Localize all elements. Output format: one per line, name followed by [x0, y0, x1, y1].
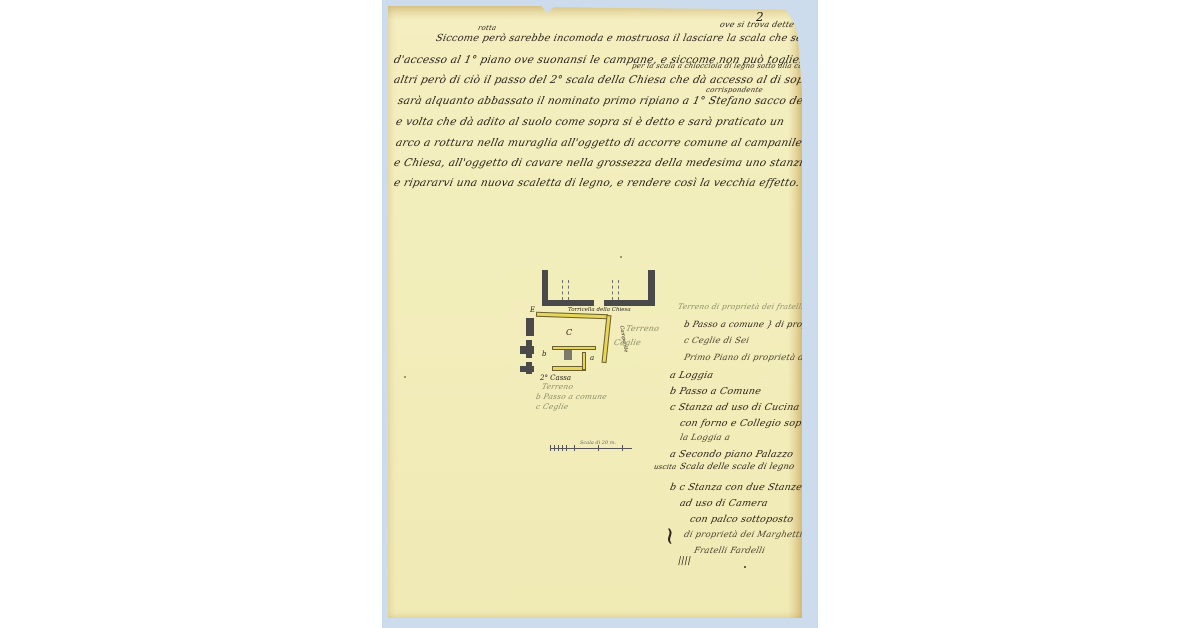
body-line: altri però di ciò il passo del 2° scala … — [393, 74, 817, 86]
plan-room-wall — [602, 315, 612, 363]
room-b-label: b — [542, 350, 546, 358]
body-line: e ripararvi una nuova scaletta di legno,… — [393, 177, 801, 189]
legend-item: con palco sottoposto — [689, 514, 795, 525]
floor-plan: Torricella della Chiesa C b a E Campanil… — [516, 270, 666, 410]
plan-room-wall — [552, 366, 586, 371]
interlinear-note: corrispondente — [705, 86, 763, 94]
plan-room-wall — [582, 352, 586, 370]
legend-item: la Loggia a — [679, 433, 731, 443]
flourish-mark: ~ — [656, 526, 684, 546]
legend-item: Primo Piano di proprietà di S. Pascale — [683, 353, 856, 363]
interlinear-note: rotta — [477, 24, 497, 32]
plan-pier — [526, 318, 534, 336]
legend-item: con forno e Collegio sopra — [679, 418, 813, 429]
terreno-right-sub: Ceglie — [613, 338, 642, 347]
room-c-label: C — [566, 328, 572, 337]
room-a-label: a — [590, 354, 594, 362]
body-line: sarà alquanto abbassato il nominato prim… — [397, 95, 818, 107]
body-line: arco a rottura nella muraglia all'oggett… — [395, 137, 804, 149]
legend-item: Scala delle scale di legno — [679, 462, 795, 472]
plan-wall — [648, 270, 655, 306]
tally-mark: |||| — [677, 556, 692, 566]
legend-item: c Stanza ad uso di Cucina — [669, 402, 801, 413]
corner-mark: E — [530, 306, 535, 314]
scale-bar-label: Scala di 20 m. — [580, 440, 616, 446]
plan-wall — [604, 300, 654, 306]
paper-spot — [404, 376, 406, 378]
plan-stair — [564, 350, 572, 360]
margin-mark: uscita — [653, 463, 677, 471]
legend-item: a Loggia — [669, 370, 715, 381]
paper-spot — [744, 566, 746, 568]
plan-pier — [526, 362, 532, 374]
plan-pier — [526, 340, 532, 358]
manuscript-sheet: 2 ove si trova dette fig. rotta per la s… — [388, 6, 802, 618]
terreno-below-b: b Passo a comune — [535, 392, 608, 401]
scale-bar: Scala di 20 m. — [550, 442, 632, 452]
floor-label: 2° Cassa — [540, 374, 571, 382]
body-line: d'accesso al 1° piano ove suonansi le ca… — [393, 54, 815, 66]
legend-item: b c Stanza con due Stanze — [669, 482, 803, 493]
legend-item: a Secondo piano Palazzo — [669, 449, 794, 460]
terreno-below-label: Terreno — [541, 382, 574, 391]
plan-wall — [542, 300, 594, 306]
body-line: e volta che dà adito al suolo come sopra… — [395, 116, 786, 128]
legend-item: c Ceglie di Sei — [683, 336, 750, 346]
plan-room-wall — [552, 346, 596, 350]
legend-item: Fratelli Fardelli — [693, 546, 766, 556]
street-label: Torricella della Chiesa — [568, 307, 631, 313]
legend-item: ad uso di Camera — [679, 498, 769, 509]
body-line: e Chiesa, all'oggetto di cavare nella gr… — [393, 157, 818, 169]
paper-spot — [620, 256, 622, 258]
legend-item: di proprietà dei Marghetti — [683, 530, 803, 540]
terreno-right-label: Terreno — [625, 324, 660, 333]
legend-item: b Passo a Comune — [669, 386, 762, 397]
body-line: Siccome però sarebbe incomoda e mostruos… — [435, 33, 820, 44]
terreno-below-c: c Ceglie — [535, 402, 569, 411]
